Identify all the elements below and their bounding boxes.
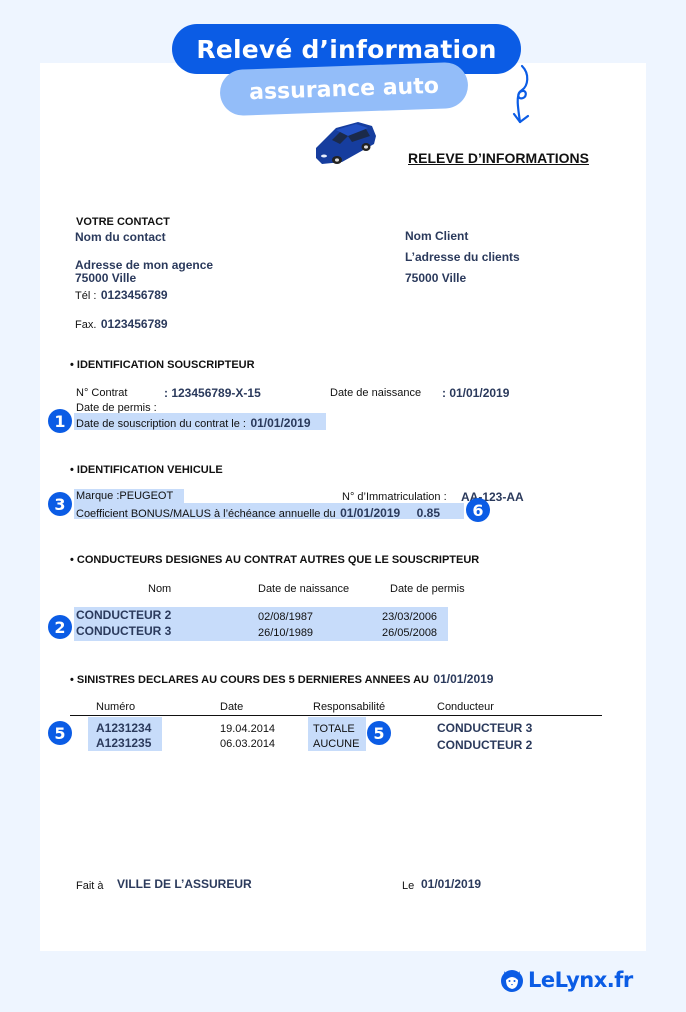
banner-subtitle: assurance auto xyxy=(219,62,468,117)
conducteur-row-2-nom: CONDUCTEUR 3 xyxy=(76,624,171,638)
lynx-icon xyxy=(500,967,524,993)
le-value: 01/01/2019 xyxy=(421,877,481,891)
souscription-value: 01/01/2019 xyxy=(250,416,310,430)
banner-subtitle-text: assurance auto xyxy=(249,73,440,105)
souscription-line: Date de souscription du contrat le : 01/… xyxy=(76,414,311,432)
fait-label: Fait à xyxy=(76,880,104,892)
client-name: Nom Client xyxy=(405,229,468,243)
bonus-date: 01/01/2019 xyxy=(340,506,400,520)
sinistres-col-numero: Numéro xyxy=(96,701,135,713)
sinistre-row-1-date: 19.04.2014 xyxy=(220,723,275,735)
contrat-label: N° Contrat xyxy=(76,387,127,399)
contrat-value: : 123456789-X-15 xyxy=(164,386,261,400)
souscription-label: Date de souscription du contrat le : xyxy=(76,418,246,430)
conducteur-row-2-naissance: 26/10/1989 xyxy=(258,627,313,639)
conducteur-row-1-nom: CONDUCTEUR 2 xyxy=(76,608,171,622)
marque: Marque :PEUGEOT xyxy=(76,490,173,502)
sinistres-heading-text: • SINISTRES DECLARES AU COURS DES 5 DERN… xyxy=(70,674,429,686)
contact-tel: Tél : 0123456789 xyxy=(75,286,168,304)
contact-fax: Fax. 0123456789 xyxy=(75,315,168,333)
fait-value: VILLE DE L’ASSUREUR xyxy=(117,877,252,891)
conducteurs-col-nom: Nom xyxy=(148,583,171,595)
conducteurs-col-naissance: Date de naissance xyxy=(258,583,349,595)
client-address: L’adresse du clients xyxy=(405,250,520,264)
bonus-value: 0.85 xyxy=(417,506,440,520)
section-vehicule-heading: • IDENTIFICATION VEHICULE xyxy=(70,464,223,476)
sinistre-row-1-numero: A1231234 xyxy=(96,721,151,735)
section-souscripteur-heading: • IDENTIFICATION SOUSCRIPTEUR xyxy=(70,359,255,371)
tel-label: Tél : xyxy=(75,290,96,302)
badge-5-numero: 5 xyxy=(48,721,72,745)
badge-1: 1 xyxy=(48,409,72,433)
sinistre-row-1-responsabilite: TOTALE xyxy=(313,723,355,735)
sinistre-row-1-conducteur: CONDUCTEUR 3 xyxy=(437,721,532,735)
fax-label: Fax. xyxy=(75,319,96,331)
sinistre-row-2-date: 06.03.2014 xyxy=(220,738,275,750)
badge-2: 2 xyxy=(48,615,72,639)
conducteur-row-1-naissance: 02/08/1987 xyxy=(258,611,313,623)
sinistres-col-date: Date xyxy=(220,701,243,713)
sinistre-row-2-conducteur: CONDUCTEUR 2 xyxy=(437,738,532,752)
sinistres-col-conducteur: Conducteur xyxy=(437,701,494,713)
le-label: Le xyxy=(402,880,414,892)
naissance-label: Date de naissance xyxy=(330,387,421,399)
banner-title-text: Relevé d’information xyxy=(196,35,496,64)
bonus-label: Coefficient BONUS/MALUS à l’échéance ann… xyxy=(76,508,336,520)
section-sinistres-heading: • SINISTRES DECLARES AU COURS DES 5 DERN… xyxy=(70,670,493,688)
contact-heading: VOTRE CONTACT xyxy=(76,216,170,228)
conducteur-row-2-permis: 26/05/2008 xyxy=(382,627,437,639)
tel-value: 0123456789 xyxy=(101,288,168,302)
badge-3: 3 xyxy=(48,492,72,516)
logo-text: LeLynx.fr xyxy=(528,968,633,992)
sinistre-row-2-responsabilite: AUCUNE xyxy=(313,738,359,750)
conducteurs-col-permis: Date de permis xyxy=(390,583,465,595)
badge-5-responsabilite: 5 xyxy=(367,721,391,745)
lelynx-logo: LeLynx.fr xyxy=(500,967,633,993)
bonus-line: Coefficient BONUS/MALUS à l’échéance ann… xyxy=(76,504,440,522)
fax-value: 0123456789 xyxy=(101,317,168,331)
sinistres-heading-date: 01/01/2019 xyxy=(433,672,493,686)
section-conducteurs-heading: • CONDUCTEURS DESIGNES AU CONTRAT AUTRES… xyxy=(70,554,479,566)
sinistre-row-2-numero: A1231235 xyxy=(96,736,151,750)
client-city: 75000 Ville xyxy=(405,271,466,285)
contact-name: Nom du contact xyxy=(75,230,166,244)
contact-address-line2: 75000 Ville xyxy=(75,271,136,285)
badge-6: 6 xyxy=(466,498,490,522)
naissance-value: : 01/01/2019 xyxy=(442,386,509,400)
curly-arrow-icon xyxy=(508,64,538,126)
document-title: RELEVE D’INFORMATIONS xyxy=(408,150,589,166)
contact-address-line1: Adresse de mon agence xyxy=(75,258,213,272)
sinistres-col-responsabilite: Responsabilité xyxy=(313,701,385,713)
conducteur-row-1-permis: 23/03/2006 xyxy=(382,611,437,623)
immat-label: N° d’Immatriculation : xyxy=(342,491,447,503)
car-icon xyxy=(312,118,380,168)
sinistres-divider xyxy=(70,715,602,716)
